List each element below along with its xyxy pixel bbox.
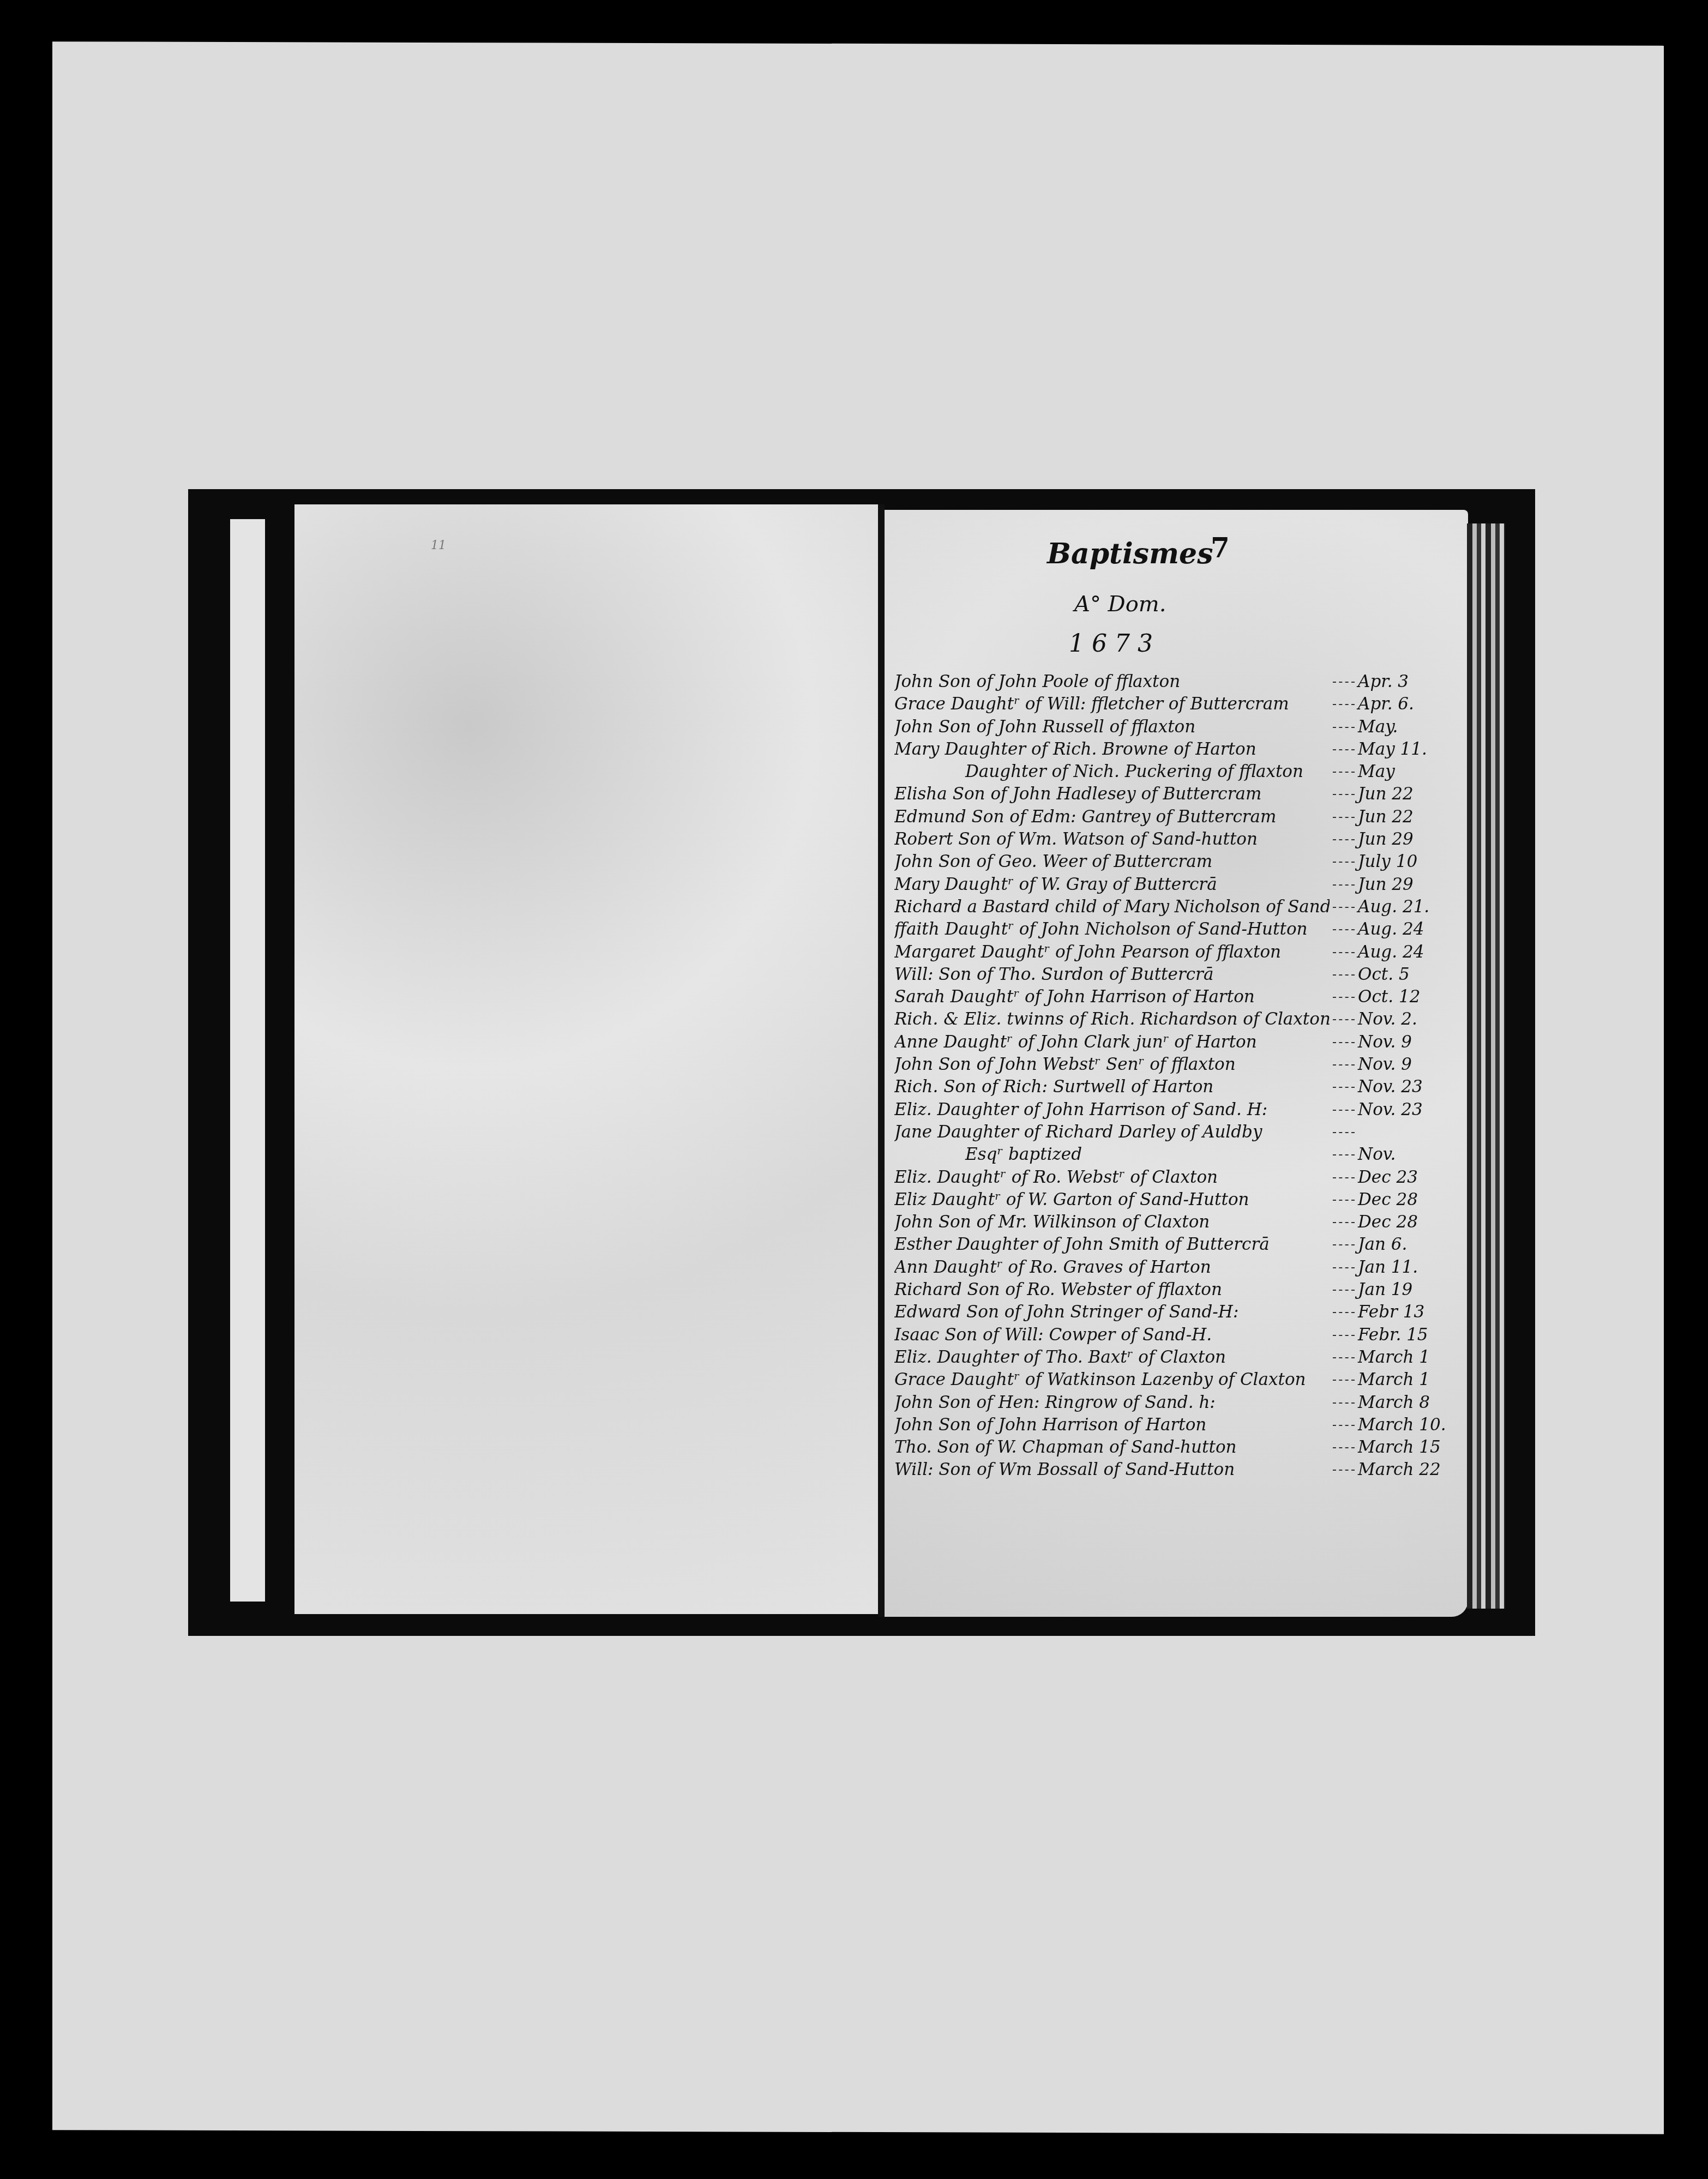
- book-gutter: [878, 504, 885, 1617]
- entry-date: March 22: [1358, 1460, 1462, 1479]
- entry-date: March 15: [1358, 1437, 1462, 1457]
- leader-dashes: [1333, 974, 1355, 976]
- entry-date: Apr. 6.: [1358, 694, 1462, 714]
- entry-text: Will: Son of Tho. Surdon of Buttercrā: [894, 965, 1330, 984]
- entry-text: Anne Daughtʳ of John Clark junʳ of Harto…: [894, 1032, 1330, 1052]
- leader-dashes: [1333, 1019, 1355, 1020]
- entry-text: Tho. Son of W. Chapman of Sand-hutton: [894, 1437, 1330, 1457]
- leader-dashes: [1333, 727, 1355, 728]
- baptism-entry: ffaith Daughtʳ of John Nicholson of Sand…: [894, 919, 1462, 942]
- leader-dashes: [1333, 1087, 1355, 1088]
- baptism-entry: Eliz. Daughter of John Harrison of Sand.…: [894, 1100, 1462, 1122]
- entry-text: John Son of John Harrison of Harton: [894, 1415, 1330, 1435]
- leader-dashes: [1333, 1290, 1355, 1291]
- leader-dashes: [1333, 1267, 1355, 1268]
- baptism-entry: Esqʳ baptizedNov.: [894, 1145, 1462, 1167]
- entry-text: Will: Son of Wm Bossall of Sand-Hutton: [894, 1460, 1330, 1479]
- entry-date: Jun 22: [1358, 784, 1462, 804]
- entry-date: Jun 29: [1358, 829, 1462, 849]
- baptism-entry: Sarah Daughtʳ of John Harrison of Harton…: [894, 987, 1462, 1009]
- baptism-entry: Isaac Son of Will: Cowper of Sand-H.Febr…: [894, 1325, 1462, 1347]
- entry-date: Aug. 24: [1358, 942, 1462, 962]
- leader-dashes: [1333, 952, 1355, 953]
- baptism-entry: John Son of John Webstʳ Senʳ of fflaxton…: [894, 1055, 1462, 1077]
- entry-date: May: [1358, 762, 1462, 781]
- entry-text: John Son of John Webstʳ Senʳ of fflaxton: [894, 1055, 1330, 1074]
- baptism-entry: Mary Daughtʳ of W. Gray of ButtercrāJun …: [894, 875, 1462, 897]
- baptism-entry: Will: Son of Wm Bossall of Sand-HuttonMa…: [894, 1460, 1462, 1482]
- leader-dashes: [1333, 862, 1355, 863]
- entry-text: Eliz. Daughtʳ of Ro. Webstʳ of Claxton: [894, 1167, 1330, 1187]
- leader-dashes: [1333, 704, 1355, 705]
- baptism-entries-list: John Son of John Poole of fflaxtonApr. 3…: [894, 672, 1462, 1483]
- entry-text: Eliz. Daughter of Tho. Baxtʳ of Claxton: [894, 1347, 1330, 1367]
- leader-dashes: [1333, 929, 1355, 930]
- leader-dashes: [1333, 1042, 1355, 1043]
- entry-date: Nov. 9: [1358, 1032, 1462, 1052]
- leader-dashes: [1333, 1154, 1355, 1155]
- entry-text: Grace Daughtʳ of Watkinson Lazenby of Cl…: [894, 1370, 1330, 1389]
- baptism-entry: Elisha Son of John Hadlesey of Buttercra…: [894, 784, 1462, 806]
- baptism-entry: John Son of John Harrison of HartonMarch…: [894, 1415, 1462, 1437]
- entry-date: July 10: [1358, 852, 1462, 871]
- leader-dashes: [1333, 1064, 1355, 1066]
- entry-text: Elisha Son of John Hadlesey of Buttercra…: [894, 784, 1330, 804]
- leader-dashes: [1333, 772, 1355, 773]
- entry-date: May.: [1358, 717, 1462, 737]
- leader-dashes: [1333, 997, 1355, 998]
- entry-text: Mary Daughter of Rich. Browne of Harton: [894, 739, 1330, 759]
- baptism-entry: Robert Son of Wm. Watson of Sand-huttonJ…: [894, 829, 1462, 852]
- entry-text: Daughter of Nich. Puckering of fflaxton: [894, 762, 1330, 781]
- left-cover-strip: [230, 519, 265, 1602]
- entry-date: Dec 23: [1358, 1167, 1462, 1187]
- leader-dashes: [1333, 1447, 1355, 1448]
- entry-date: Jun 22: [1358, 807, 1462, 827]
- page-heading: Baptismes: [1047, 537, 1213, 570]
- entry-text: Esqʳ baptized: [894, 1145, 1330, 1164]
- entry-date: Jan 11.: [1358, 1257, 1462, 1277]
- leader-dashes: [1333, 1132, 1355, 1133]
- entry-date: Aug. 24: [1358, 919, 1462, 939]
- baptism-entry: Tho. Son of W. Chapman of Sand-huttonMar…: [894, 1437, 1462, 1460]
- leader-dashes: [1333, 1312, 1355, 1313]
- entry-date: Aug. 21.: [1358, 897, 1462, 917]
- leader-dashes: [1333, 1380, 1355, 1381]
- leader-dashes: [1333, 884, 1355, 886]
- baptism-entry: Will: Son of Tho. Surdon of ButtercrāOct…: [894, 965, 1462, 987]
- entry-date: March 8: [1358, 1393, 1462, 1412]
- baptism-entry: John Son of John Poole of fflaxtonApr. 3: [894, 672, 1462, 694]
- baptism-entry: Grace Daughtʳ of Watkinson Lazenby of Cl…: [894, 1370, 1462, 1392]
- entry-date: Febr. 15: [1358, 1325, 1462, 1345]
- entry-text: John Son of Geo. Weer of Buttercram: [894, 852, 1330, 871]
- entry-text: Grace Daughtʳ of Will: ffletcher of Butt…: [894, 694, 1330, 714]
- entry-text: Rich. Son of Rich: Surtwell of Harton: [894, 1077, 1330, 1097]
- leader-dashes: [1333, 907, 1355, 908]
- entry-date: Oct. 12: [1358, 987, 1462, 1007]
- baptism-entry: John Son of Mr. Wilkinson of ClaxtonDec …: [894, 1212, 1462, 1235]
- entry-date: Nov. 2.: [1358, 1009, 1462, 1029]
- entry-text: Esther Daughter of John Smith of Butterc…: [894, 1235, 1330, 1254]
- entry-date: Nov. 23: [1358, 1077, 1462, 1097]
- baptism-entry: Margaret Daughtʳ of John Pearson of ffla…: [894, 942, 1462, 965]
- page-edges: [1467, 523, 1505, 1609]
- entry-date: Nov. 23: [1358, 1100, 1462, 1119]
- baptism-entry: Daughter of Nich. Puckering of fflaxtonM…: [894, 762, 1462, 784]
- left-page-blank: [294, 504, 878, 1614]
- entry-text: Sarah Daughtʳ of John Harrison of Harton: [894, 987, 1330, 1007]
- baptism-entry: Edward Son of John Stringer of Sand-H:Fe…: [894, 1302, 1462, 1325]
- leader-dashes: [1333, 839, 1355, 840]
- entry-date: Jan 19: [1358, 1280, 1462, 1299]
- entry-text: Robert Son of Wm. Watson of Sand-hutton: [894, 829, 1330, 849]
- entry-date: Nov.: [1358, 1145, 1462, 1164]
- entry-text: ffaith Daughtʳ of John Nicholson of Sand…: [894, 919, 1330, 939]
- entry-date: March 1: [1358, 1370, 1462, 1389]
- leader-dashes: [1333, 794, 1355, 795]
- leader-dashes: [1333, 1470, 1355, 1471]
- baptism-entry: Grace Daughtʳ of Will: ffletcher of Butt…: [894, 694, 1462, 717]
- baptism-entry: Eliz Daughtʳ of W. Garton of Sand-Hutton…: [894, 1190, 1462, 1212]
- entry-text: Ann Daughtʳ of Ro. Graves of Harton: [894, 1257, 1330, 1277]
- anno-domini: A° Dom.: [1074, 592, 1166, 617]
- leader-dashes: [1333, 1402, 1355, 1404]
- register-year: 1673: [1069, 630, 1160, 658]
- entry-date: Febr 13: [1358, 1302, 1462, 1322]
- baptism-entry: Anne Daughtʳ of John Clark junʳ of Harto…: [894, 1032, 1462, 1055]
- leader-dashes: [1333, 1177, 1355, 1178]
- entry-date: Nov. 9: [1358, 1055, 1462, 1074]
- baptism-entry: Jane Daughter of Richard Darley of Auldb…: [894, 1122, 1462, 1145]
- entry-text: Eliz. Daughter of John Harrison of Sand.…: [894, 1100, 1330, 1119]
- leader-dashes: [1333, 1110, 1355, 1111]
- leader-dashes: [1333, 817, 1355, 818]
- left-page-marginal-mark: 11: [431, 539, 446, 552]
- entry-date: Apr. 3: [1358, 672, 1462, 691]
- entry-text: Edward Son of John Stringer of Sand-H:: [894, 1302, 1330, 1322]
- entry-date: Jun 29: [1358, 875, 1462, 894]
- baptism-entry: Richard Son of Ro. Webster of fflaxtonJa…: [894, 1280, 1462, 1302]
- entry-text: Richard Son of Ro. Webster of fflaxton: [894, 1280, 1330, 1299]
- entry-text: John Son of Hen: Ringrow of Sand. h:: [894, 1393, 1330, 1412]
- baptism-entry: Eliz. Daughtʳ of Ro. Webstʳ of ClaxtonDe…: [894, 1167, 1462, 1190]
- entry-text: Mary Daughtʳ of W. Gray of Buttercrā: [894, 875, 1330, 894]
- leader-dashes: [1333, 1357, 1355, 1358]
- leader-dashes: [1333, 1244, 1355, 1245]
- baptism-entry: Esther Daughter of John Smith of Butterc…: [894, 1235, 1462, 1257]
- entry-text: John Son of John Russell of fflaxton: [894, 717, 1330, 737]
- entry-date: May 11.: [1358, 739, 1462, 759]
- leader-dashes: [1333, 1335, 1355, 1336]
- entry-text: Isaac Son of Will: Cowper of Sand-H.: [894, 1325, 1330, 1345]
- entry-text: Jane Daughter of Richard Darley of Auldb…: [894, 1122, 1330, 1142]
- entry-date: Oct. 5: [1358, 965, 1462, 984]
- leader-dashes: [1333, 749, 1355, 750]
- baptism-entry: John Son of John Russell of fflaxtonMay.: [894, 717, 1462, 739]
- baptism-entry: John Son of Geo. Weer of ButtercramJuly …: [894, 852, 1462, 874]
- baptism-entry: Richard a Bastard child of Mary Nicholso…: [894, 897, 1462, 919]
- entry-text: Rich. & Eliz. twinns of Rich. Richardson…: [894, 1009, 1330, 1029]
- entry-text: John Son of John Poole of fflaxton: [894, 672, 1330, 691]
- baptism-entry: Rich. & Eliz. twinns of Rich. Richardson…: [894, 1009, 1462, 1032]
- entry-date: March 10.: [1358, 1415, 1462, 1435]
- entry-date: Dec 28: [1358, 1212, 1462, 1232]
- entry-text: Richard a Bastard child of Mary Nicholso…: [894, 897, 1330, 917]
- entry-text: John Son of Mr. Wilkinson of Claxton: [894, 1212, 1330, 1232]
- entry-text: Margaret Daughtʳ of John Pearson of ffla…: [894, 942, 1330, 962]
- leader-dashes: [1333, 1222, 1355, 1223]
- entry-date: Jan 6.: [1358, 1235, 1462, 1254]
- folio-number: 7: [1211, 532, 1230, 564]
- baptism-entry: Eliz. Daughter of Tho. Baxtʳ of ClaxtonM…: [894, 1347, 1462, 1370]
- baptism-entry: Mary Daughter of Rich. Browne of HartonM…: [894, 739, 1462, 762]
- entry-text: Eliz Daughtʳ of W. Garton of Sand-Hutton: [894, 1190, 1330, 1209]
- baptism-entry: Rich. Son of Rich: Surtwell of HartonNov…: [894, 1077, 1462, 1099]
- entry-date: March 1: [1358, 1347, 1462, 1367]
- entry-date: Dec 28: [1358, 1190, 1462, 1209]
- leader-dashes: [1333, 682, 1355, 683]
- baptism-entry: Edmund Son of Edm: Gantrey of Buttercram…: [894, 807, 1462, 829]
- entry-text: Edmund Son of Edm: Gantrey of Buttercram: [894, 807, 1330, 827]
- baptism-entry: John Son of Hen: Ringrow of Sand. h:Marc…: [894, 1393, 1462, 1415]
- leader-dashes: [1333, 1200, 1355, 1201]
- leader-dashes: [1333, 1425, 1355, 1426]
- baptism-entry: Ann Daughtʳ of Ro. Graves of HartonJan 1…: [894, 1257, 1462, 1280]
